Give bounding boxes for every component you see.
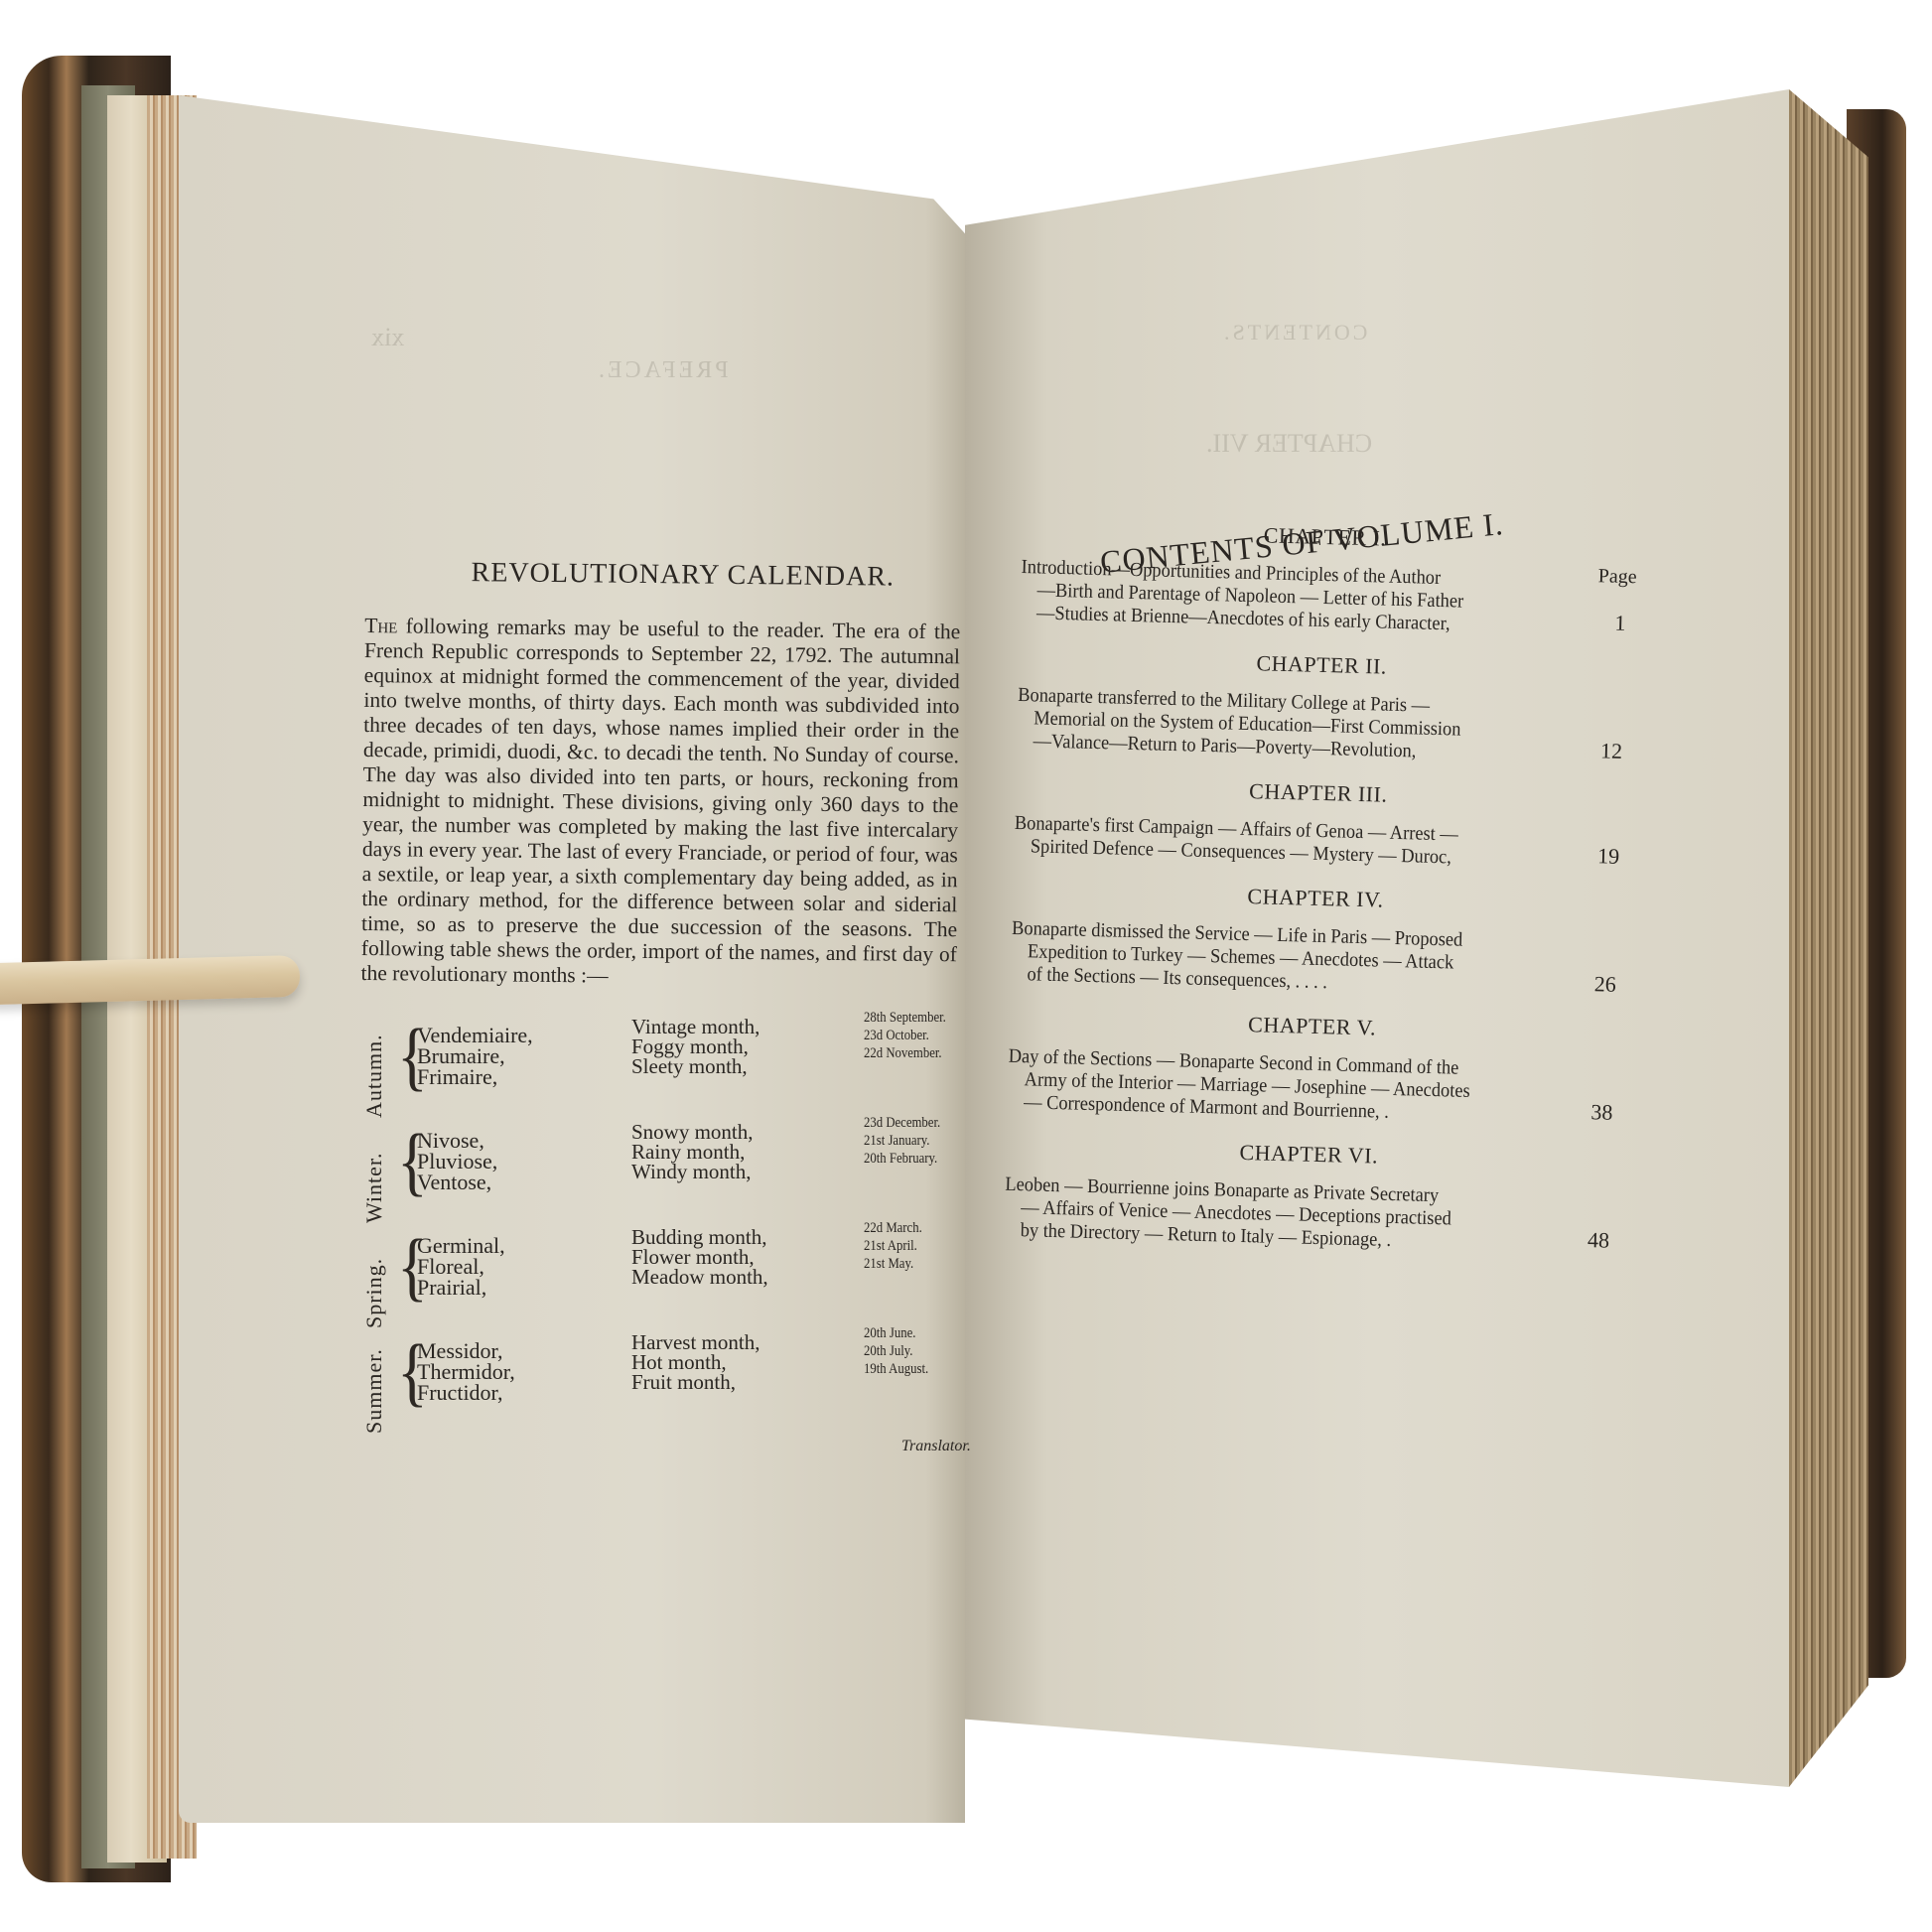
show-through-running-head-right: CONTENTS. bbox=[1221, 320, 1367, 345]
month-name: Nivose, bbox=[417, 1130, 497, 1151]
contents-list: Page CHAPTER I. Introduction—Opportuniti… bbox=[1003, 516, 1627, 1278]
month-first-day: 21st April. bbox=[864, 1237, 922, 1255]
chapter-summary: Introduction—Opportunities and Principle… bbox=[1020, 556, 1579, 639]
season-label: Summer. bbox=[361, 1275, 387, 1434]
chapter-entry-4[interactable]: CHAPTER IV. Bonaparte dismissed the Serv… bbox=[1011, 878, 1619, 1002]
month-first-days: 28th September. 23d October. 22d Novembe… bbox=[864, 1009, 946, 1062]
month-first-day: 23d December. bbox=[864, 1114, 940, 1132]
month-meaning: Budding month, bbox=[631, 1227, 768, 1247]
month-meaning: Rainy month, bbox=[631, 1142, 754, 1162]
chapter-entry-2[interactable]: CHAPTER II. Bonaparte transferred to the… bbox=[1017, 644, 1625, 768]
chapter-heading: CHAPTER VI. bbox=[1006, 1134, 1611, 1175]
month-first-day: 21st January. bbox=[864, 1132, 940, 1150]
chapter-summary: Leoben — Bourrienne joins Bonaparte as P… bbox=[1004, 1173, 1563, 1257]
month-names: Vendemiaire, Brumaire, Frimaire, bbox=[417, 1025, 533, 1087]
month-meaning: Vintage month, bbox=[631, 1017, 759, 1036]
season-group-summer: Summer. { Messidor, Thermidor, Fructidor… bbox=[365, 1332, 971, 1434]
month-first-day: 20th July. bbox=[864, 1342, 928, 1360]
month-meaning: Meadow month, bbox=[631, 1267, 768, 1287]
month-meaning: Fruit month, bbox=[631, 1372, 759, 1392]
chapter-page-number: 26 bbox=[1594, 971, 1617, 998]
month-name: Pluviose, bbox=[417, 1151, 497, 1172]
drop-word: The bbox=[364, 614, 397, 637]
month-first-day: 20th June. bbox=[864, 1324, 928, 1342]
chapter-heading: CHAPTER V. bbox=[1009, 1006, 1614, 1047]
month-name: Thermidor, bbox=[417, 1361, 515, 1382]
chapter-entry-1[interactable]: CHAPTER I. Introduction—Opportunities an… bbox=[1020, 516, 1628, 640]
month-name: Floreal, bbox=[417, 1256, 505, 1277]
month-name: Brumaire, bbox=[417, 1045, 533, 1066]
chapter-heading: CHAPTER II. bbox=[1019, 644, 1624, 686]
month-name: Frimaire, bbox=[417, 1066, 533, 1087]
chapter-summary: Bonaparte dismissed the Service — Life i… bbox=[1011, 917, 1570, 1001]
month-meaning: Foggy month, bbox=[631, 1036, 759, 1056]
month-first-days: 23d December. 21st January. 20th Februar… bbox=[864, 1114, 940, 1168]
chapter-page-number: 1 bbox=[1614, 611, 1626, 636]
chapter-entry-3[interactable]: CHAPTER III. Bonaparte's first Campaign … bbox=[1014, 772, 1621, 874]
season-group-autumn: Autumn. { Vendemiaire, Brumaire, Frimair… bbox=[365, 1017, 971, 1118]
month-meanings: Vintage month, Foggy month, Sleety month… bbox=[631, 1017, 759, 1076]
month-first-day: 23d October. bbox=[864, 1027, 946, 1044]
month-meanings: Snowy month, Rainy month, Windy month, bbox=[631, 1122, 754, 1181]
month-first-day: 22d March. bbox=[864, 1219, 922, 1237]
chapter-heading: CHAPTER III. bbox=[1016, 772, 1621, 814]
revolutionary-calendar-section: REVOLUTIONARY CALENDAR. The following re… bbox=[360, 556, 961, 992]
show-through-page-number-left: xix bbox=[371, 323, 404, 352]
month-meaning: Hot month, bbox=[631, 1352, 759, 1372]
month-name: Ventose, bbox=[417, 1172, 497, 1192]
wooden-bookmark[interactable] bbox=[0, 955, 300, 1005]
calendar-intro-paragraph: The following remarks may be useful to t… bbox=[360, 614, 960, 992]
month-name: Messidor, bbox=[417, 1340, 515, 1361]
show-through-running-head-left: PREFACE. bbox=[596, 357, 729, 384]
chapter-summary: Bonaparte transferred to the Military Co… bbox=[1017, 684, 1576, 767]
page-edges-right bbox=[1789, 89, 1868, 1787]
month-meanings: Budding month, Flower month, Meadow mont… bbox=[631, 1227, 768, 1287]
translator-signature: Translator. bbox=[901, 1438, 971, 1455]
month-meaning: Flower month, bbox=[631, 1247, 768, 1267]
month-first-days: 22d March. 21st April. 21st May. bbox=[864, 1219, 922, 1273]
month-meaning: Sleety month, bbox=[631, 1056, 759, 1076]
chapter-page-number: 12 bbox=[1600, 738, 1623, 764]
chapter-heading: CHAPTER IV. bbox=[1013, 878, 1618, 919]
calendar-title: REVOLUTIONARY CALENDAR. bbox=[405, 556, 961, 594]
month-first-day: 19th August. bbox=[864, 1360, 928, 1378]
month-name: Fructidor, bbox=[417, 1382, 515, 1403]
paragraph-text: following remarks may be useful to the r… bbox=[360, 614, 960, 987]
month-names: Nivose, Pluviose, Ventose, bbox=[417, 1130, 497, 1192]
season-group-spring: Spring. { Germinal, Floreal, Prairial, B… bbox=[365, 1227, 971, 1328]
show-through-chapter-right: CHAPTER VII. bbox=[1206, 429, 1372, 459]
month-meaning: Snowy month, bbox=[631, 1122, 754, 1142]
chapter-page-number: 48 bbox=[1587, 1227, 1610, 1254]
month-meaning: Windy month, bbox=[631, 1162, 754, 1181]
month-first-days: 20th June. 20th July. 19th August. bbox=[864, 1324, 928, 1378]
month-first-day: 21st May. bbox=[864, 1255, 922, 1273]
month-names: Germinal, Floreal, Prairial, bbox=[417, 1235, 505, 1298]
chapter-summary: Bonaparte's first Campaign — Affairs of … bbox=[1014, 812, 1572, 873]
chapter-entry-5[interactable]: CHAPTER V. Day of the Sections — Bonapar… bbox=[1007, 1006, 1615, 1130]
chapter-summary: Day of the Sections — Bonaparte Second i… bbox=[1007, 1045, 1566, 1129]
month-first-day: 20th February. bbox=[864, 1150, 940, 1168]
month-first-day: 28th September. bbox=[864, 1009, 946, 1027]
chapter-entry-6[interactable]: CHAPTER VI. Leoben — Bourrienne joins Bo… bbox=[1004, 1134, 1612, 1258]
month-names: Messidor, Thermidor, Fructidor, bbox=[417, 1340, 515, 1403]
chapter-page-number: 19 bbox=[1597, 843, 1620, 870]
month-meaning: Harvest month, bbox=[631, 1332, 759, 1352]
chapter-page-number: 38 bbox=[1590, 1099, 1613, 1126]
month-name: Germinal, bbox=[417, 1235, 505, 1256]
month-meanings: Harvest month, Hot month, Fruit month, bbox=[631, 1332, 759, 1392]
month-first-day: 22d November. bbox=[864, 1044, 946, 1062]
month-name: Prairial, bbox=[417, 1277, 505, 1298]
calendar-table: Autumn. { Vendemiaire, Brumaire, Frimair… bbox=[365, 1017, 971, 1438]
season-group-winter: Winter. { Nivose, Pluviose, Ventose, Sno… bbox=[365, 1122, 971, 1223]
month-name: Vendemiaire, bbox=[417, 1025, 533, 1045]
